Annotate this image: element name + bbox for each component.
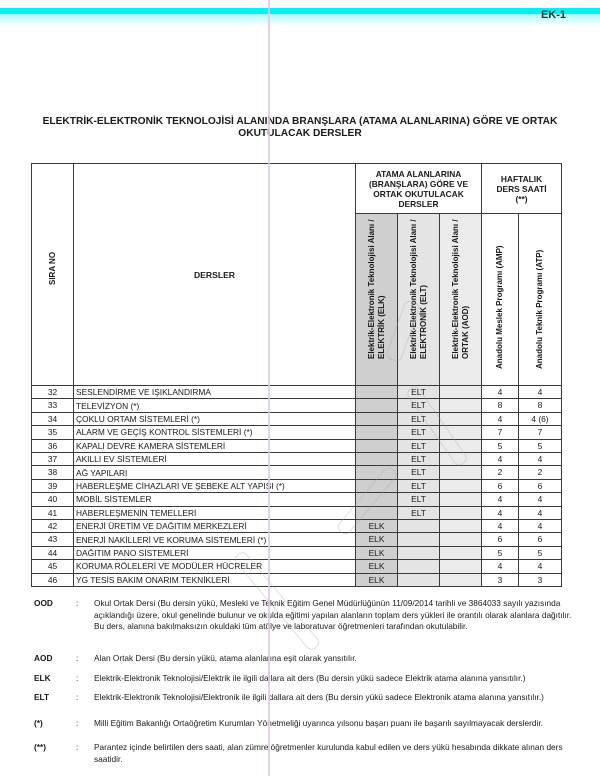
legend-text: Elektrik-Elektronik Teknolojisi/Elektrik…: [94, 673, 572, 685]
elk-cell: ELK: [356, 520, 398, 533]
atp-hours: 6: [519, 533, 562, 546]
aod-cell: [440, 533, 482, 546]
elt-cell: [398, 533, 440, 546]
elk-cell: ELK: [356, 573, 398, 586]
elk-cell: [356, 506, 398, 519]
elk-cell: [356, 426, 398, 439]
atp-hours: 5: [519, 439, 562, 452]
course-name: AKILLI EV SİSTEMLERİ: [74, 453, 356, 466]
row-number: 42: [32, 520, 74, 533]
aod-cell: [440, 546, 482, 559]
elt-cell: ELT: [398, 466, 440, 479]
course-name: ENERJİ ÜRETİM VE DAĞITIM MERKEZLERİ: [74, 520, 356, 533]
amp-hours: 6: [482, 533, 519, 546]
atp-hours: 6: [519, 479, 562, 492]
elt-cell: ELT: [398, 479, 440, 492]
row-number: 43: [32, 533, 74, 546]
header-aod: Elektrik-Elektronik Teknolojisi Alanı /O…: [440, 214, 482, 386]
amp-hours: 5: [482, 546, 519, 559]
table-row: 39HABERLEŞME CİHAZLARI VE ŞEBEKE ALT YAP…: [32, 479, 562, 492]
elk-cell: [356, 399, 398, 412]
course-name: ENERJİ NAKİLLERİ VE KORUMA SİSTEMLERİ (*…: [74, 533, 356, 546]
amp-hours: 8: [482, 399, 519, 412]
header-elk: Elektrik-Elektronik Teknolojisi Alanı /E…: [356, 214, 398, 386]
row-number: 39: [32, 479, 74, 492]
atp-hours: 8: [519, 399, 562, 412]
elt-cell: [398, 546, 440, 559]
atp-hours: 4: [519, 506, 562, 519]
title-line-1: ELEKTRİK-ELEKTRONİK TEKNOLOJİSİ ALANINDA…: [30, 116, 570, 128]
course-name: DAĞITIM PANO SİSTEMLERİ: [74, 546, 356, 559]
amp-hours: 5: [482, 439, 519, 452]
amp-hours: 4: [482, 520, 519, 533]
legend-text: Parantez içinde belirtilen ders saati, a…: [94, 742, 572, 765]
atp-hours: 4: [519, 560, 562, 573]
elt-cell: ELT: [398, 439, 440, 452]
aod-cell: [440, 520, 482, 533]
atp-hours: 2: [519, 466, 562, 479]
table-row: 36KAPALI DEVRE KAMERA SİSTEMLERİELT55: [32, 439, 562, 452]
atp-hours: 7: [519, 426, 562, 439]
legend-text: Alan Ortak Dersi (Bu dersin yükü, atama …: [94, 653, 572, 665]
row-number: 34: [32, 412, 74, 425]
header-group-haftalik: HAFTALIK DERS SAATİ (**): [482, 164, 562, 214]
page-title: ELEKTRİK-ELEKTRONİK TEKNOLOJİSİ ALANINDA…: [30, 116, 570, 140]
atp-hours: 4: [519, 520, 562, 533]
aod-cell: [440, 560, 482, 573]
elt-cell: [398, 520, 440, 533]
elt-cell: ELT: [398, 386, 440, 399]
elk-cell: [356, 412, 398, 425]
row-number: 45: [32, 560, 74, 573]
atp-hours: 4: [519, 453, 562, 466]
row-number: 38: [32, 466, 74, 479]
legend-text: Milli Eğitim Bakanlığı Ortaöğretim Kurum…: [94, 718, 572, 730]
header-sira-no: SIRA NO: [32, 164, 74, 386]
row-number: 32: [32, 386, 74, 399]
row-number: 35: [32, 426, 74, 439]
row-number: 41: [32, 506, 74, 519]
elk-cell: [356, 479, 398, 492]
row-number: 33: [32, 399, 74, 412]
aod-cell: [440, 439, 482, 452]
legend-sep: :: [76, 742, 78, 754]
table-row: 35ALARM VE GEÇİŞ KONTROL SİSTEMLERİ (*)E…: [32, 426, 562, 439]
course-name: TELEVİZYON (*): [74, 399, 356, 412]
title-line-2: OKUTULACAK DERSLER: [30, 128, 570, 140]
elk-cell: ELK: [356, 533, 398, 546]
amp-hours: 4: [482, 412, 519, 425]
course-name: HABERLEŞME CİHAZLARI VE ŞEBEKE ALT YAPIS…: [74, 479, 356, 492]
table-row: 43ENERJİ NAKİLLERİ VE KORUMA SİSTEMLERİ …: [32, 533, 562, 546]
elt-cell: ELT: [398, 506, 440, 519]
elk-cell: [356, 493, 398, 506]
atp-hours: 4 (6): [519, 412, 562, 425]
table-row: 37AKILLI EV SİSTEMLERİELT44: [32, 453, 562, 466]
row-number: 36: [32, 439, 74, 452]
legend-key: ELT: [34, 692, 74, 704]
legend-sep: :: [76, 598, 78, 610]
aod-cell: [440, 506, 482, 519]
course-name: ÇOKLU ORTAM SİSTEMLERİ (*): [74, 412, 356, 425]
table-row: 34ÇOKLU ORTAM SİSTEMLERİ (*)ELT44 (6): [32, 412, 562, 425]
elt-cell: ELT: [398, 493, 440, 506]
legend-key: OOD: [34, 598, 74, 610]
header-dersler: DERSLER: [74, 164, 356, 386]
header-amp: Anadolu Meslek Programı (AMP): [482, 214, 519, 386]
course-name: KORUMA RÖLELERİ VE MODÜLER HÜCRELER: [74, 560, 356, 573]
table-row: 33TELEVİZYON (*)ELT88: [32, 399, 562, 412]
row-number: 46: [32, 573, 74, 586]
course-name: SESLENDİRME VE IŞIKLANDIRMA: [74, 386, 356, 399]
elk-cell: ELK: [356, 560, 398, 573]
table-row: 41HABERLEŞMENİN TEMELLERİELT44: [32, 506, 562, 519]
course-name: KAPALI DEVRE KAMERA SİSTEMLERİ: [74, 439, 356, 452]
elt-cell: ELT: [398, 426, 440, 439]
legend-key: AOD: [34, 653, 74, 665]
course-name: HABERLEŞMENİN TEMELLERİ: [74, 506, 356, 519]
amp-hours: 4: [482, 493, 519, 506]
table-row: 32SESLENDİRME VE IŞIKLANDIRMAELT44: [32, 386, 562, 399]
amp-hours: 7: [482, 426, 519, 439]
row-number: 40: [32, 493, 74, 506]
amp-hours: 2: [482, 466, 519, 479]
course-name: AĞ YAPILARI: [74, 466, 356, 479]
amp-hours: 4: [482, 453, 519, 466]
table-row: 38AĞ YAPILARIELT22: [32, 466, 562, 479]
row-number: 44: [32, 546, 74, 559]
aod-cell: [440, 412, 482, 425]
amp-hours: 4: [482, 506, 519, 519]
atp-hours: 5: [519, 546, 562, 559]
elt-cell: ELT: [398, 453, 440, 466]
amp-hours: 4: [482, 560, 519, 573]
table-row: 45KORUMA RÖLELERİ VE MODÜLER HÜCRELERELK…: [32, 560, 562, 573]
elk-cell: ELK: [356, 546, 398, 559]
header-atp: Anadolu Teknik Programı (ATP): [519, 214, 562, 386]
amp-hours: 6: [482, 479, 519, 492]
legend-key: (*): [34, 718, 74, 730]
aod-cell: [440, 426, 482, 439]
elt-cell: [398, 573, 440, 586]
atp-hours: 4: [519, 386, 562, 399]
course-name: ALARM VE GEÇİŞ KONTROL SİSTEMLERİ (*): [74, 426, 356, 439]
legend-text: Okul Ortak Dersi (Bu dersin yükü, Meslek…: [94, 598, 572, 633]
elk-cell: [356, 439, 398, 452]
atp-hours: 3: [519, 573, 562, 586]
elk-cell: [356, 386, 398, 399]
elt-cell: ELT: [398, 399, 440, 412]
scan-header-fade: [0, 14, 600, 26]
legend-text: Elektrik-Elektronik Teknolojisi/Elektron…: [94, 692, 572, 704]
aod-cell: [440, 453, 482, 466]
elt-cell: ELT: [398, 412, 440, 425]
course-name: YG TESİS BAKIM ONARIM TEKNİKLERİ: [74, 573, 356, 586]
row-number: 37: [32, 453, 74, 466]
aod-cell: [440, 466, 482, 479]
legend-key: (**): [34, 742, 74, 754]
legend-key: ELK: [34, 673, 74, 685]
amp-hours: 3: [482, 573, 519, 586]
course-name: MOBİL SİSTEMLER: [74, 493, 356, 506]
courses-table: SIRA NO DERSLER ATAMA ALANLARINA (BRANŞL…: [31, 163, 562, 587]
elk-cell: [356, 453, 398, 466]
aod-cell: [440, 479, 482, 492]
aod-cell: [440, 386, 482, 399]
header-group-atama: ATAMA ALANLARINA (BRANŞLARA) GÖRE VE ORT…: [356, 164, 482, 214]
legend-sep: :: [76, 718, 78, 730]
aod-cell: [440, 399, 482, 412]
table-row: 42ENERJİ ÜRETİM VE DAĞITIM MERKEZLERİELK…: [32, 520, 562, 533]
header-elt: Elektrik-Elektronik Teknolojisi Alanı /E…: [398, 214, 440, 386]
amp-hours: 4: [482, 386, 519, 399]
aod-cell: [440, 493, 482, 506]
atp-hours: 4: [519, 493, 562, 506]
legend-sep: :: [76, 673, 78, 685]
legend-sep: :: [76, 653, 78, 665]
table-row: 40MOBİL SİSTEMLERELT44: [32, 493, 562, 506]
table-row: 46YG TESİS BAKIM ONARIM TEKNİKLERİELK33: [32, 573, 562, 586]
aod-cell: [440, 573, 482, 586]
elk-cell: [356, 466, 398, 479]
table-row: 44DAĞITIM PANO SİSTEMLERİELK55: [32, 546, 562, 559]
annex-label: EK-1: [541, 9, 566, 21]
elt-cell: [398, 560, 440, 573]
legend-sep: :: [76, 692, 78, 704]
